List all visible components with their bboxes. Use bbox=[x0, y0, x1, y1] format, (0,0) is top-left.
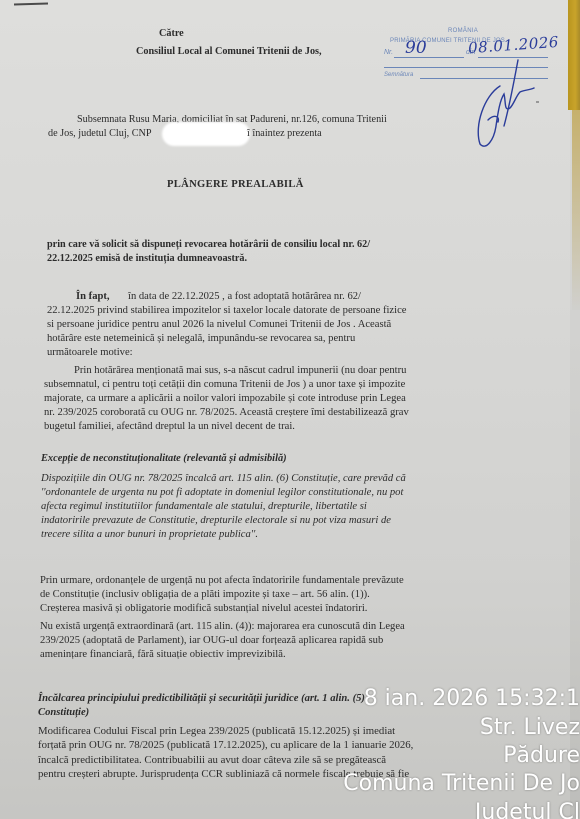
reason-line-3: majorate, ca urmare a aplicării a noilor… bbox=[44, 392, 406, 406]
predictability-line: Modificarea Codului Fiscal prin Legea 23… bbox=[38, 725, 395, 739]
handwritten-registration-number: 90 bbox=[405, 38, 427, 58]
facts-line-4: hotărâre este netemeinică și nelegală, i… bbox=[47, 332, 355, 346]
consequence-line: Creșterea masivă și obligatorie modifică… bbox=[40, 602, 367, 616]
intro-line-2a: de Jos, judetul Cluj, CNP bbox=[48, 127, 152, 141]
reason-line-5: bugetul familiei, afectând dreptul la un… bbox=[44, 420, 295, 434]
section-heading-predictability: Încălcarea principiului predictibilități… bbox=[38, 692, 365, 706]
predictability-line: încalcă predictibilitatea. Contribuabili… bbox=[38, 754, 386, 768]
reason-line-4: nr. 239/2025 coroborată cu OUG nr. 78/20… bbox=[44, 406, 409, 420]
recipient-name: Consiliul Local al Comunei Tritenii de J… bbox=[136, 45, 322, 59]
watermark-commune: Comuna Tritenii De Jo bbox=[320, 771, 580, 796]
watermark-county: Judetul Cl bbox=[450, 800, 580, 819]
facts-line-1: în data de 22.12.2025 , a fost adoptată … bbox=[128, 290, 361, 304]
consequence-line: de Constituție (inclusiv obligația de a … bbox=[40, 588, 370, 602]
watermark-street: Str. Livez bbox=[460, 715, 580, 740]
no-urgency-line: amenințare financiară, fără situație obi… bbox=[40, 648, 286, 662]
facts-lead: În fapt, bbox=[76, 290, 110, 304]
stamp-country: ROMÂNIA bbox=[448, 28, 478, 34]
signature-icon bbox=[470, 56, 540, 148]
facts-line-3: si persoane juridice pentru anul 2026 la… bbox=[47, 318, 391, 332]
reason-line-1: Prin hotărârea menționată mai sus, s-a n… bbox=[74, 364, 406, 378]
watermark-village: Pădure bbox=[470, 743, 580, 768]
unconstitutionality-line: trecere silita a unor bunuri in propriet… bbox=[41, 528, 258, 542]
unconstitutionality-line: indatoririle prevazute de Constitutie, d… bbox=[41, 514, 391, 528]
facts-line-2: 22.12.2025 privind stabilirea impozitelo… bbox=[47, 304, 406, 318]
recipient-label: Către bbox=[159, 27, 184, 41]
folder-edge-shadow bbox=[572, 110, 580, 310]
folder-edge bbox=[568, 0, 580, 110]
request-line-2: 22.12.2025 emisă de instituția dumneavoa… bbox=[47, 252, 247, 266]
no-urgency-line: Nu există urgență extraordinară (art. 11… bbox=[40, 620, 405, 634]
redacted-cnp bbox=[162, 122, 250, 146]
no-urgency-line: 239/2025 (adoptată de Parlament), iar OU… bbox=[40, 634, 383, 648]
stamp-nr-label: Nr. bbox=[384, 49, 393, 56]
watermark-datetime: 8 ian. 2026 15:32:1 bbox=[320, 686, 580, 711]
request-line-1: prin care vă solicit să dispuneți revoca… bbox=[47, 238, 370, 252]
facts-line-5: următoarele motive: bbox=[47, 346, 133, 360]
predictability-line: forțată prin OUG nr. 78/2025 (publicată … bbox=[38, 739, 413, 753]
unconstitutionality-line: ''ordonantele de urgenta nu pot fi adopt… bbox=[41, 486, 403, 500]
reason-line-2: subsemnatul, ci pentru toți cetății din … bbox=[44, 378, 405, 392]
stamp-signature-label: Semnătura bbox=[384, 72, 413, 78]
section-heading-unconstitutionality: Excepție de neconstituționalitate (relev… bbox=[41, 452, 287, 466]
unconstitutionality-line: afecta regimul institutiilor fundamental… bbox=[41, 500, 367, 514]
section-heading-predictability-cont: Constituție) bbox=[38, 706, 89, 720]
document-title: PLÂNGERE PREALABILĂ bbox=[167, 178, 304, 192]
unconstitutionality-line: Dispozițiile din OUG nr. 78/2025 încalcă… bbox=[41, 472, 406, 486]
consequence-line: Prin urmare, ordonanțele de urgență nu p… bbox=[40, 574, 404, 588]
intro-line-2b: î înaintez prezenta bbox=[247, 127, 322, 141]
